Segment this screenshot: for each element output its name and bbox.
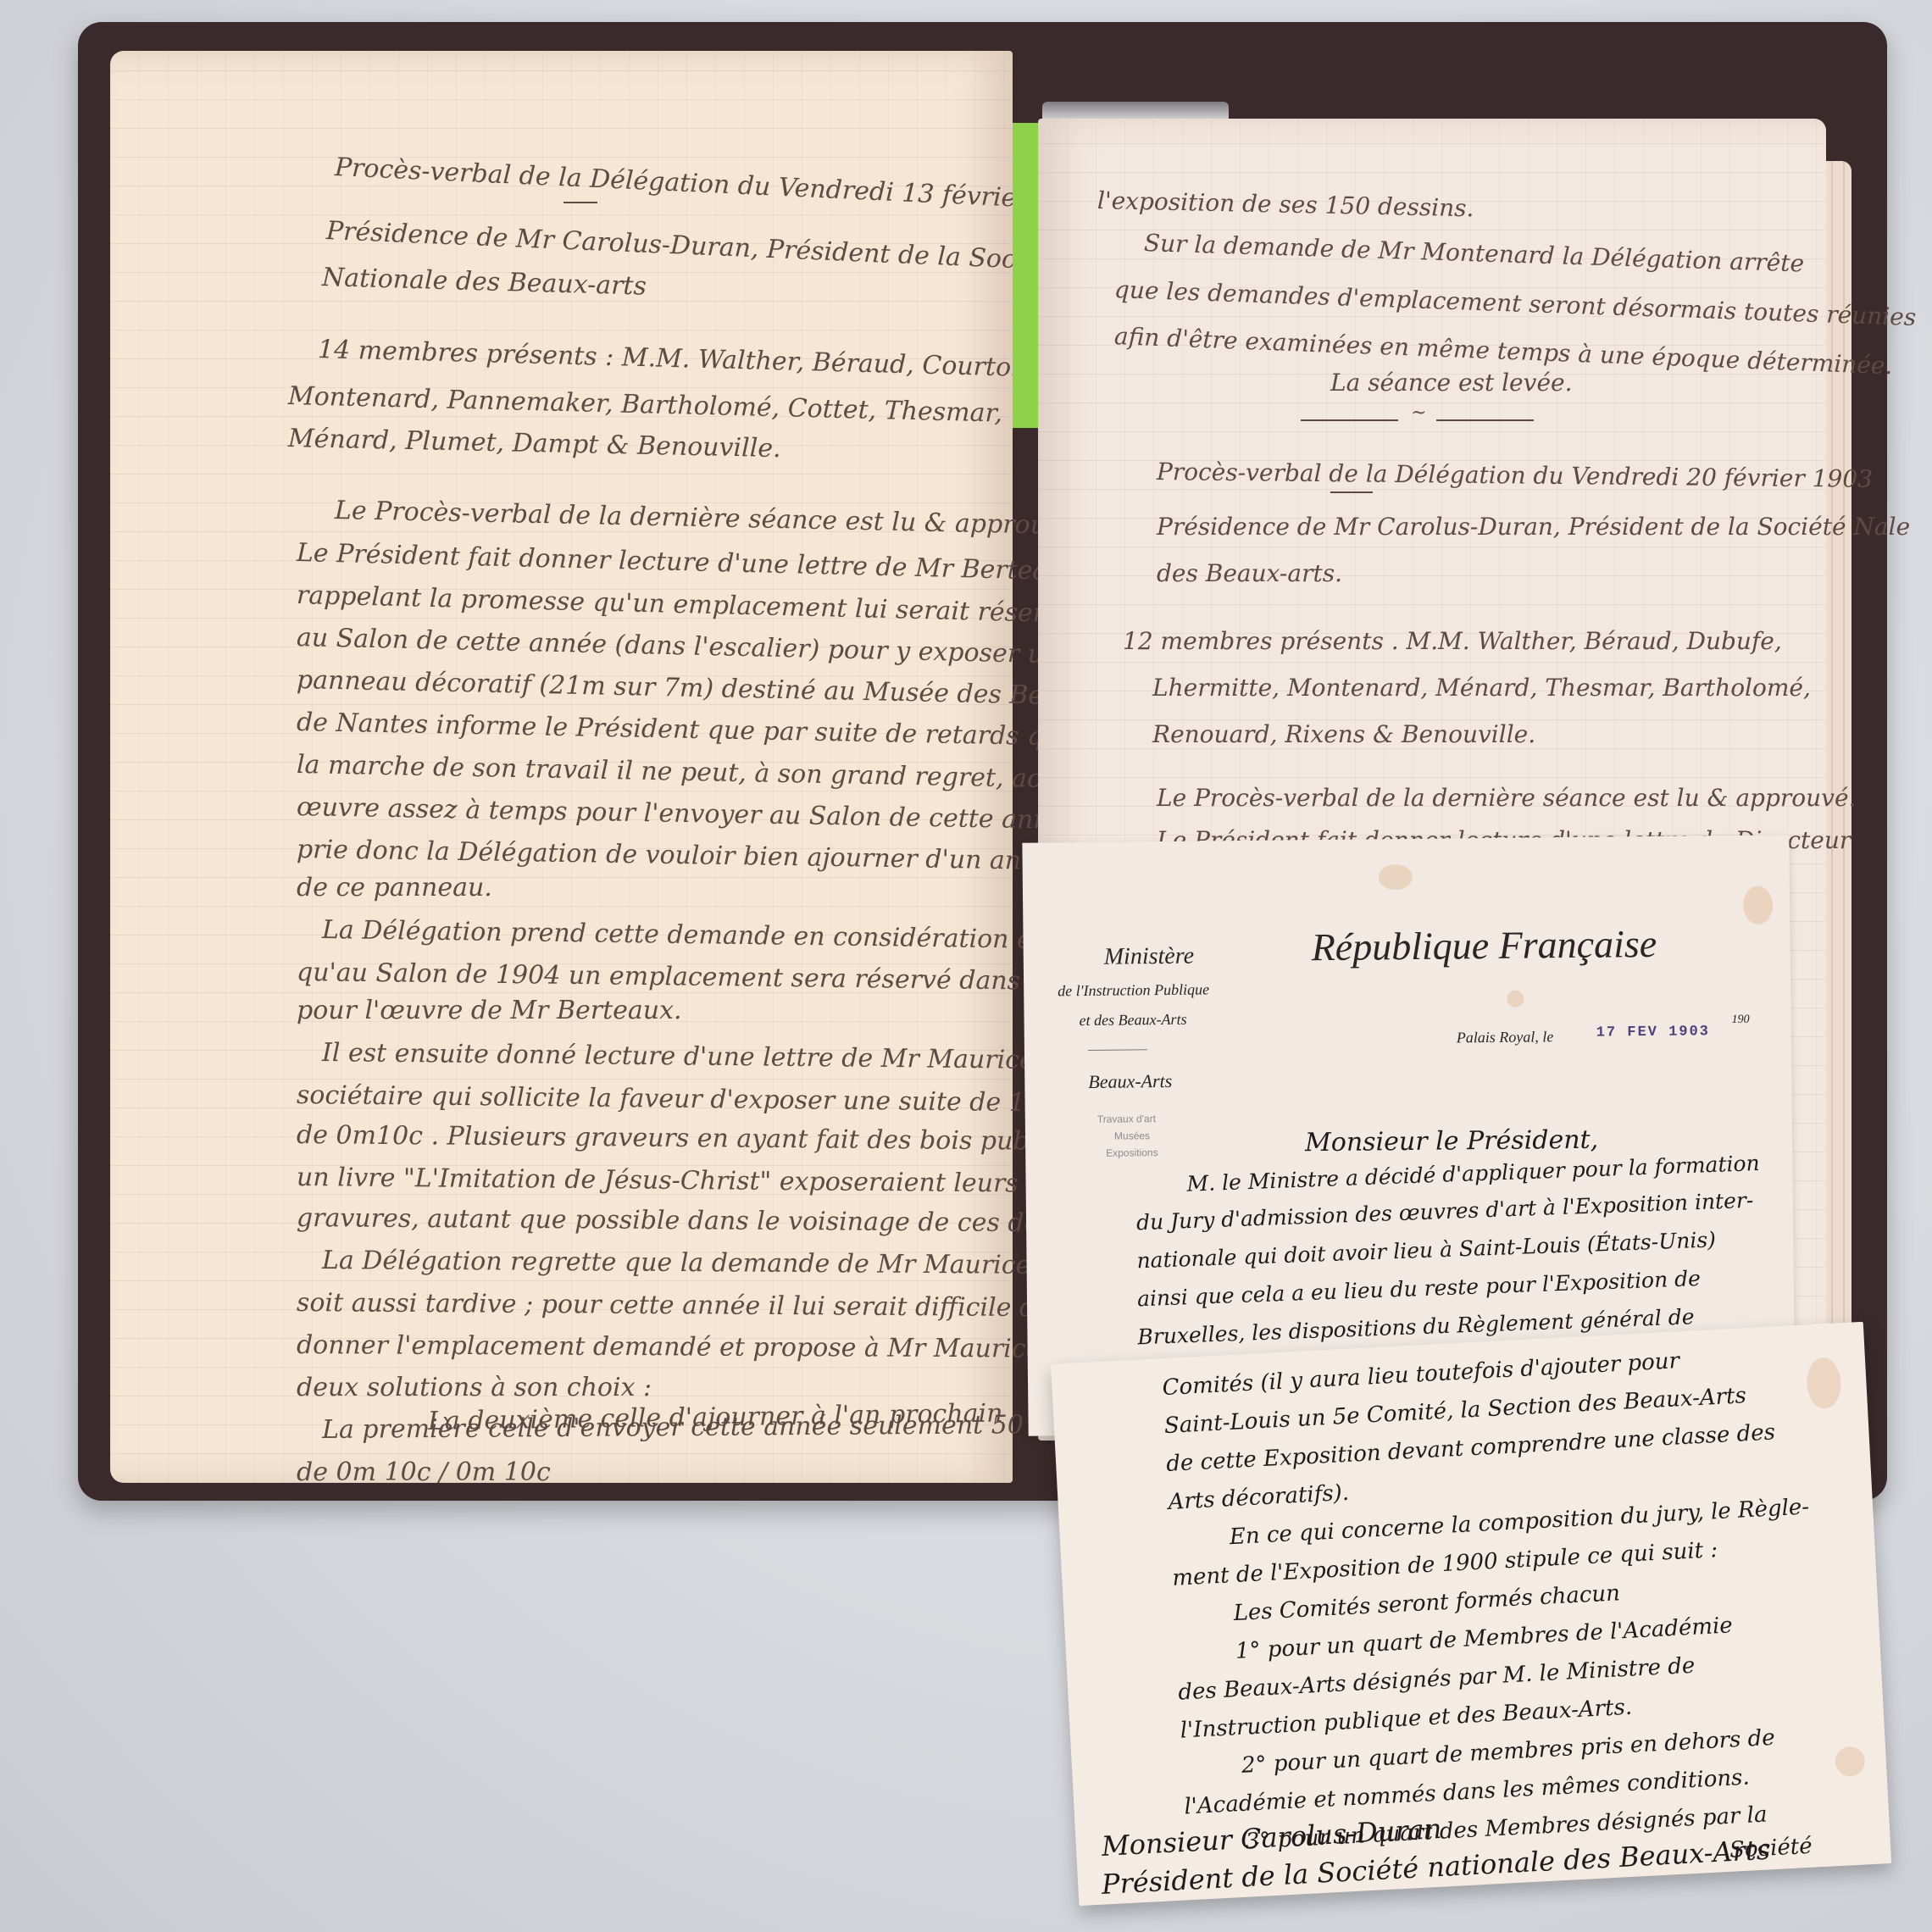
separator-rule-left xyxy=(1301,419,1398,421)
para1-line: de ce panneau. xyxy=(297,873,492,902)
letter-place: Palais Royal, le xyxy=(1457,1028,1554,1046)
foxing-spot xyxy=(1507,991,1524,1008)
letter-salutation: Monsieur le Président, xyxy=(1305,1125,1598,1158)
para1-line: rappelant la promesse qu'un emplacement … xyxy=(297,580,1075,629)
para1-line: Le Président fait donner lecture d'une l… xyxy=(297,538,1128,588)
letter-body-line: nationale qui doit avoir lieu à Saint-Lo… xyxy=(1136,1227,1716,1273)
letterhead-rule xyxy=(1088,1049,1147,1051)
title-underline xyxy=(563,202,597,203)
date-suffix: 190 xyxy=(1732,1013,1750,1027)
para1-line: Le Procès-verbal de la dernière séance e… xyxy=(335,496,1085,541)
letter-folded-lower-half: Comités (il y aura lieu toutefois d'ajou… xyxy=(1051,1322,1891,1906)
separator-rule-right xyxy=(1436,419,1534,421)
office-stamp-line: Musées xyxy=(1114,1130,1150,1141)
para4-line: La Délégation regrette que la demande de… xyxy=(322,1246,1112,1281)
foxing-spot xyxy=(1379,864,1413,890)
letter-body-line: Les Comités seront formés chacun xyxy=(1233,1580,1621,1626)
para3-line: un livre "L'Imitation de Jésus-Christ" e… xyxy=(297,1163,1019,1198)
resolution-line: que les demandes d'emplacement seront dé… xyxy=(1113,275,1916,331)
para4-line: donner l'emplacement demandé et propose … xyxy=(297,1330,1122,1364)
letter-body-line: Arts décoratifs). xyxy=(1168,1480,1350,1515)
second-presidency-line: des Beaux-arts. xyxy=(1157,559,1342,587)
letter-body-line: du Jury d'admission des œuvres d'art à l… xyxy=(1136,1188,1754,1235)
closing-line: La séance est levée. xyxy=(1330,369,1572,397)
date-stamp: 17 FEV 1903 xyxy=(1596,1024,1710,1041)
office-stamp-line: Expositions xyxy=(1106,1146,1158,1159)
letter-body-line: M. le Ministre a décidé d'appliquer pour… xyxy=(1186,1151,1760,1196)
second-minutes-line: Le Procès-verbal de la dernière séance e… xyxy=(1157,784,1856,812)
para4-line: deux solutions à son choix : xyxy=(297,1373,652,1402)
letterhead-ministry-line: et des Beaux-Arts xyxy=(1079,1011,1186,1030)
left-page: Procès-verbal de la Délégation du Vendre… xyxy=(110,51,1013,1483)
para3-line: de 0m10c . Plusieurs graveurs en ayant f… xyxy=(297,1120,1143,1158)
letterhead-department: Beaux-Arts xyxy=(1088,1070,1172,1093)
continuation-line: l'exposition de ses 150 dessins. xyxy=(1097,186,1474,222)
separator-mark: ~ xyxy=(1411,402,1426,424)
para1-line: œuvre assez à temps pour l'envoyer au Sa… xyxy=(297,792,1121,836)
bookmark-ribbon xyxy=(1013,123,1041,428)
para3-line: Il est ensuite donné lecture d'une lettr… xyxy=(322,1038,1116,1076)
para4-line: soit aussi tardive ; pour cette année il… xyxy=(297,1288,1051,1323)
second-presidency-line: Présidence de Mr Carolus-Duran, Présiden… xyxy=(1157,513,1910,541)
para2-line: pour l'œuvre de Mr Berteaux. xyxy=(297,996,682,1025)
letter-body-line: ainsi que cela a eu lieu du reste pour l… xyxy=(1136,1266,1701,1311)
second-attendance-line: Renouard, Rixens & Benouville. xyxy=(1152,720,1535,748)
attendance-line-2: Montenard, Pannemaker, Bartholomé, Cotte… xyxy=(288,381,1003,429)
attendance-line-3: Ménard, Plumet, Dampt & Benouville. xyxy=(288,424,781,464)
office-stamp-line: Travaux d'art xyxy=(1097,1113,1156,1125)
resolution-line: Sur la demande de Mr Montenard la Déléga… xyxy=(1143,229,1804,277)
second-minutes-title: Procès-verbal de la Délégation du Vendre… xyxy=(1157,458,1873,493)
letterhead-title: République Française xyxy=(1311,921,1657,969)
letterhead-ministry: Ministère xyxy=(1104,943,1195,971)
para3-line: gravures, autant que possible dans le vo… xyxy=(297,1203,1111,1239)
second-attendance-line: Lhermitte, Montenard, Ménard, Thesmar, B… xyxy=(1152,674,1811,702)
para5-line: de 0m 10c / 0m 10c xyxy=(297,1457,551,1487)
foxing-spot xyxy=(1835,1746,1866,1777)
second-title-underline xyxy=(1330,491,1373,493)
second-attendance-line: 12 membres présents . M.M. Walther, Béra… xyxy=(1123,627,1782,655)
presidency-line-2: Nationale des Beaux-arts xyxy=(322,263,647,302)
minutes-title: Procès-verbal de la Délégation du Vendre… xyxy=(334,153,1110,217)
foxing-spot xyxy=(1806,1357,1842,1409)
foxing-spot xyxy=(1743,885,1773,924)
letterhead-ministry-line: de l'Instruction Publique xyxy=(1058,980,1209,1000)
